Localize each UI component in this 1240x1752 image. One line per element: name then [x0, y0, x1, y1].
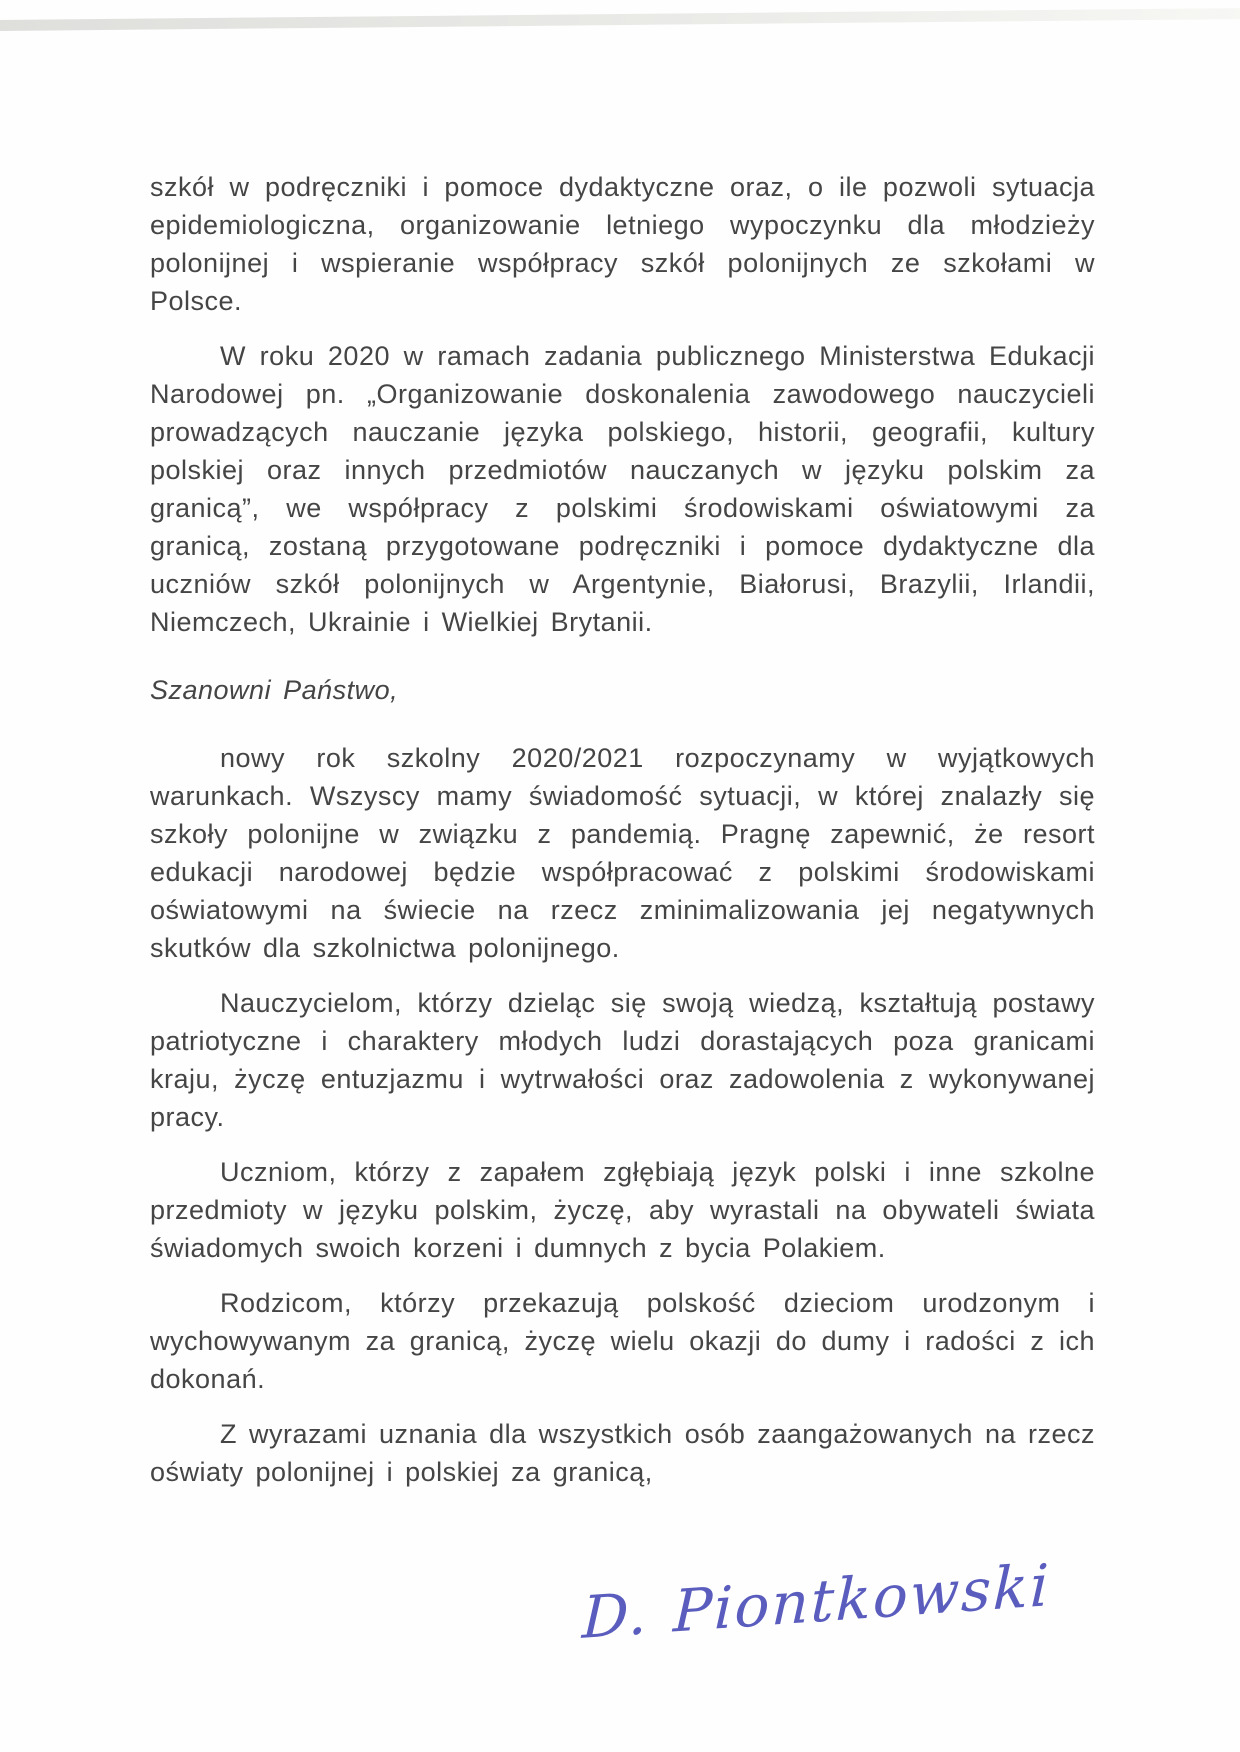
paragraph-program-2020: W roku 2020 w ramach zadania publicznego… [150, 337, 1095, 641]
signature-block: D. Piontkowski [150, 1546, 1095, 1661]
salutation: Szanowni Państwo, [150, 671, 1095, 709]
letter-body: szkół w podręczniki i pomoce dydaktyczne… [150, 168, 1095, 1661]
scanned-letter-page: szkół w podręczniki i pomoce dydaktyczne… [0, 0, 1240, 1752]
paragraph-teachers: Nauczycielom, którzy dzieląc się swoją w… [150, 984, 1095, 1136]
paragraph-students: Uczniom, którzy z zapałem zgłębiają języ… [150, 1153, 1095, 1267]
signature-text: D. Piontkowski [580, 1551, 1052, 1652]
scan-edge-artifact [0, 8, 1240, 31]
paragraph-new-school-year: nowy rok szkolny 2020/2021 rozpoczynamy … [150, 739, 1095, 967]
handwritten-signature: D. Piontkowski [580, 1546, 980, 1661]
paragraph-continuation: szkół w podręczniki i pomoce dydaktyczne… [150, 168, 1095, 320]
paragraph-closing: Z wyrazami uznania dla wszystkich osób z… [150, 1415, 1095, 1491]
paragraph-parents: Rodzicom, którzy przekazują polskość dzi… [150, 1284, 1095, 1398]
